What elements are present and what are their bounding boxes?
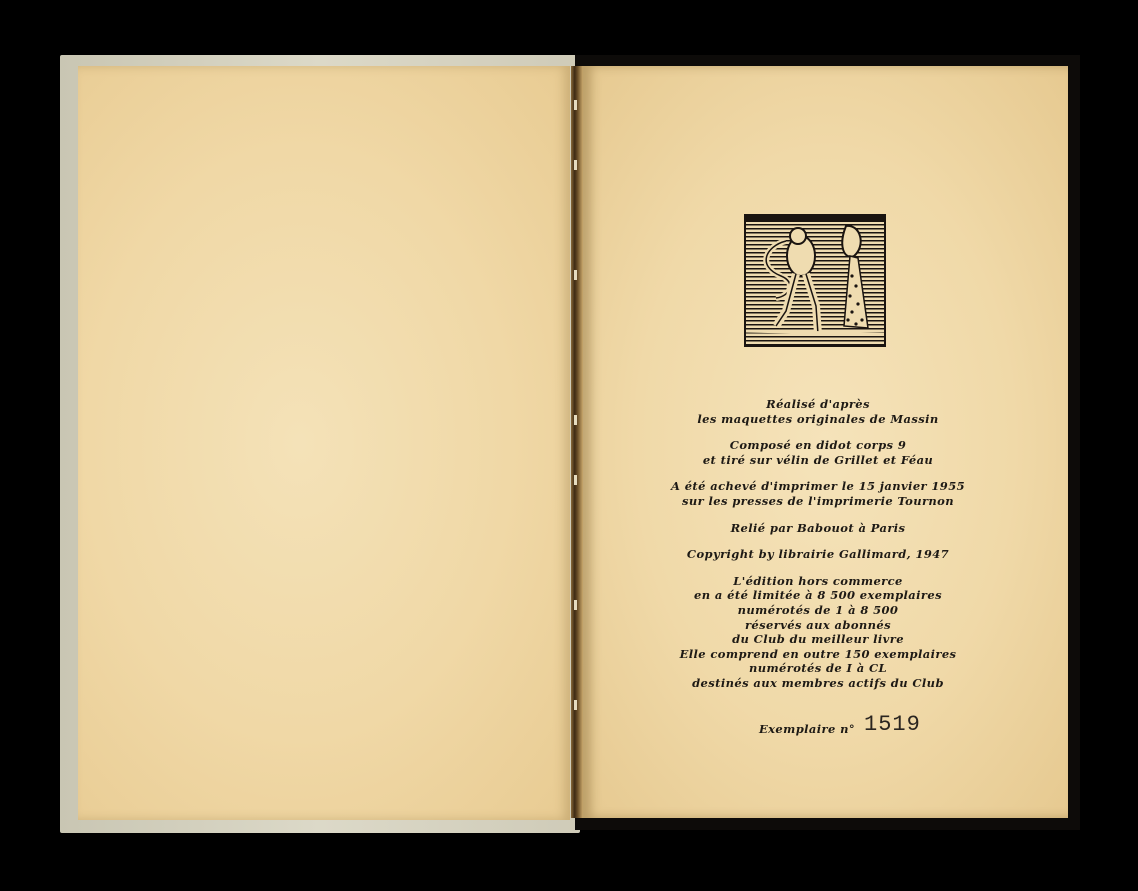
binding-stitch xyxy=(574,700,577,710)
colophon-printing: A été achevé d'imprimer le 15 janvier 19… xyxy=(640,479,996,508)
colophon-line: en a été limitée à 8 500 exemplaires xyxy=(640,588,996,603)
book-gutter xyxy=(571,66,583,818)
binding-stitch xyxy=(574,270,577,280)
colophon-line: et tiré sur vélin de Grillet et Féau xyxy=(640,453,996,468)
binding-stitch xyxy=(574,100,577,110)
binding-stitch xyxy=(574,475,577,485)
colophon-line: Relié par Babouot à Paris xyxy=(640,521,996,536)
left-page-blank xyxy=(78,66,570,820)
colophon-line: Elle comprend en outre 150 exemplaires xyxy=(640,647,996,662)
colophon-binding: Relié par Babouot à Paris xyxy=(640,521,996,536)
colophon-line: réservés aux abonnés xyxy=(640,618,996,633)
colophon-line: Copyright by librairie Gallimard, 1947 xyxy=(640,547,996,562)
colophon-line: A été achevé d'imprimer le 15 janvier 19… xyxy=(640,479,996,494)
colophon-line: numérotés de I à CL xyxy=(640,661,996,676)
colophon-copyright: Copyright by librairie Gallimard, 1947 xyxy=(640,547,996,562)
colophon-text: Réalisé d'après les maquettes originales… xyxy=(640,397,996,703)
woodcut-illustration-icon xyxy=(744,214,886,347)
colophon-typesetting: Composé en didot corps 9 et tiré sur vél… xyxy=(640,438,996,467)
colophon-edition: L'édition hors commerce en a été limitée… xyxy=(640,574,996,691)
colophon-line: du Club du meilleur livre xyxy=(640,632,996,647)
colophon-design-credit: Réalisé d'après les maquettes originales… xyxy=(640,397,996,426)
colophon-line: Composé en didot corps 9 xyxy=(640,438,996,453)
copy-number-value: 1519 xyxy=(864,712,921,737)
colophon-line: destinés aux membres actifs du Club xyxy=(640,676,996,691)
copy-number-label: Exemplaire n° xyxy=(759,722,855,736)
binding-stitch xyxy=(574,415,577,425)
binding-stitch xyxy=(574,600,577,610)
binding-stitch xyxy=(574,160,577,170)
colophon-line: numérotés de 1 à 8 500 xyxy=(640,603,996,618)
colophon-line: les maquettes originales de Massin xyxy=(640,412,996,427)
colophon-line: L'édition hors commerce xyxy=(640,574,996,589)
colophon-line: Réalisé d'après xyxy=(640,397,996,412)
colophon-line: sur les presses de l'imprimerie Tournon xyxy=(640,494,996,509)
